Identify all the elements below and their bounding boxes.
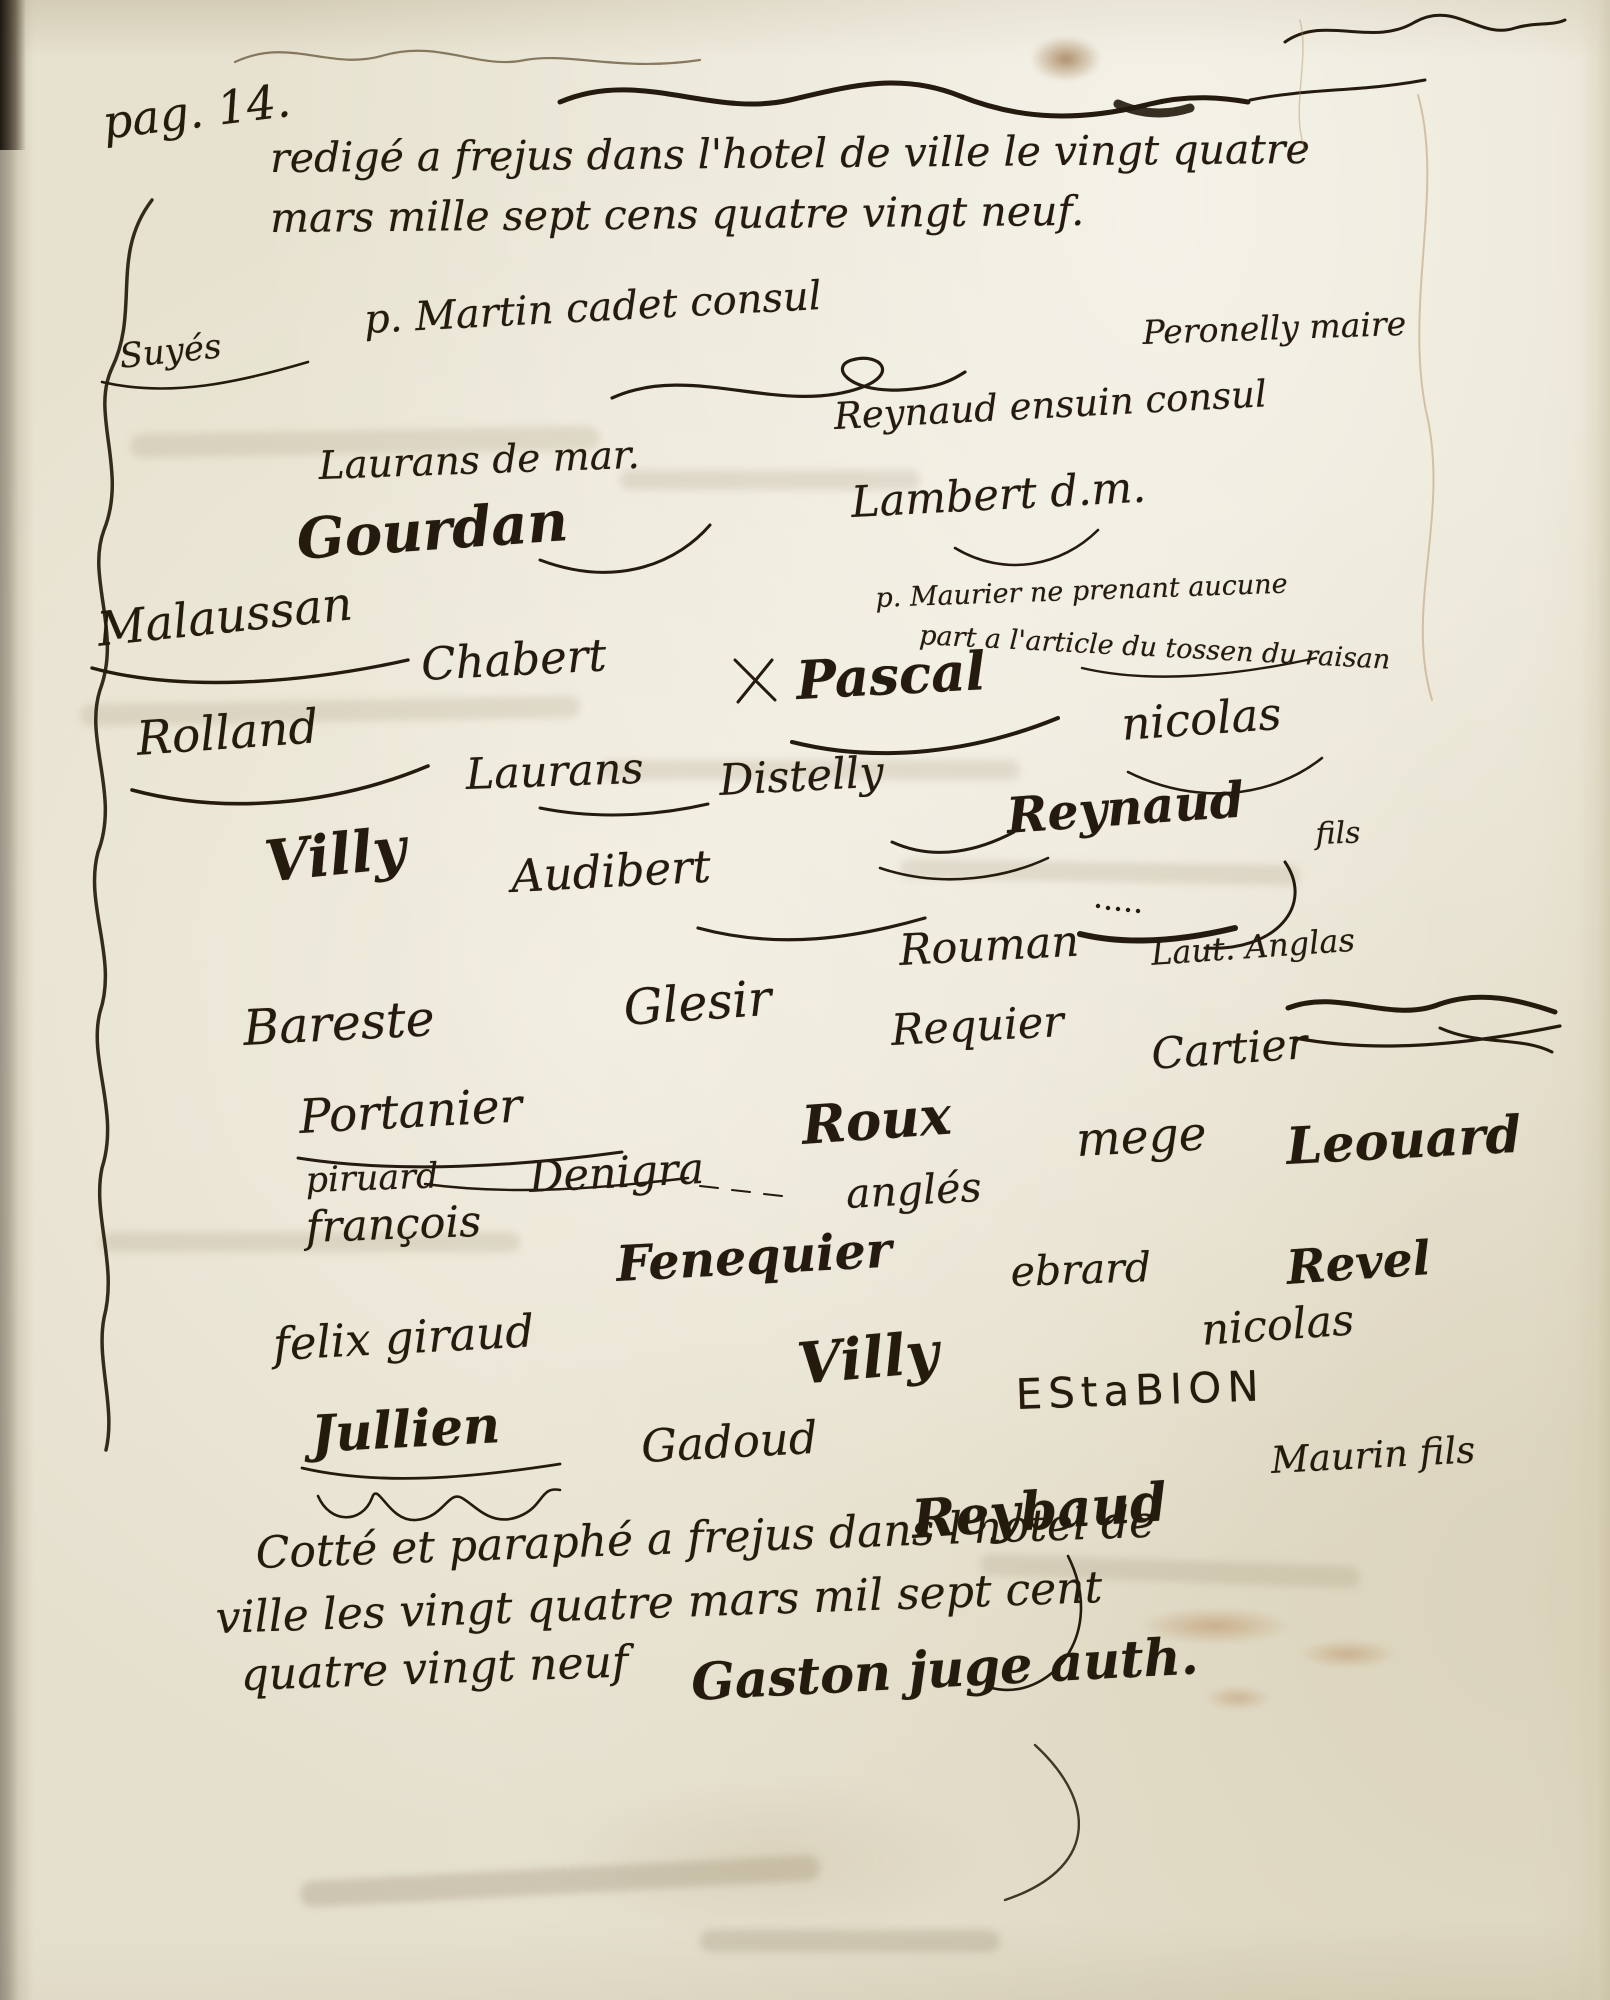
header-line-2: mars mille sept cens quatre vingt neuf. [270,191,1084,239]
paper-crease [1299,20,1433,700]
signature-gadoud: Gadoud [640,1415,819,1469]
signature-audibert: Audibert [510,844,712,899]
signature-pascal: Pascal [795,645,987,708]
signature-chabert: Chabert [420,632,607,687]
signature-glesir: Glesir [622,974,773,1033]
water-stain [560,1780,980,1940]
signature-nicolas-2: nicolas [1200,1299,1356,1353]
signature-malaussan: Malaussan [95,580,355,654]
signature-fenequier: Fenequier [615,1226,893,1289]
signature-laurans-de-mar: Laurans de mar. [318,436,640,486]
ink-blot-stain [1030,36,1102,82]
officials-note-line-1: p. Maurier ne prenant aucune [875,571,1288,612]
signature-ebrard: ebrard [1010,1247,1152,1293]
signature-francois: françois [305,1201,482,1250]
signature-villy-1: Villy [262,819,408,890]
signature-distelly: Distelly [718,751,885,803]
signature-revel: Revel [1285,1235,1432,1292]
signature-reynaud-consul: Reynaud ensuin consul [833,375,1268,435]
signature-requier: Requier [890,1001,1065,1053]
left-margin-brace [95,200,152,1450]
signature-portanier: Portanier [298,1082,523,1141]
signature-laurans: Laurans [465,748,644,797]
signature-bareste: Bareste [242,994,436,1053]
signature-gaston: Gaston juge auth. [690,1631,1200,1708]
book-gutter-shadow [0,0,34,2000]
show-through-mark [900,859,1300,886]
binding-corner-shadow [0,0,26,150]
page-edge-right [1582,0,1610,2000]
signature-angles: anglés [845,1167,982,1215]
signature-martin: p. Martin cadet consul [363,276,822,340]
signature-leouard: Leouard [1285,1110,1522,1173]
signature-roux: Roux [800,1090,953,1153]
signature-denigra: Denigra [528,1148,705,1200]
closing-line-2: ville les vingt quatre mars mil sept cen… [215,1566,1103,1641]
signature-peronelly: Peronelly maire [1142,307,1407,349]
page-number: pag. 14. [100,77,293,146]
signature-rolland: Rolland [135,703,320,763]
signature-mege: mege [1075,1110,1208,1164]
foxing-stain [1300,1640,1395,1668]
signature-lambert: Lambert d.m. [850,467,1147,525]
top-flourish [235,15,1565,116]
signature-maurin-fils: Maurin fils [1270,1431,1476,1479]
closing-line-3: quatre vingt neuf [240,1640,629,1697]
signature-jullien: Jullien [310,1400,501,1461]
signature-reynaud-fils: Reynaud [1005,775,1245,840]
signature-gourdan: Gourdan [295,493,570,568]
signature-villy-2: Villy [795,1324,941,1393]
margin-note: Suyés [118,329,223,373]
officials-note-line-2: part a l'article du tossen du raisan [919,622,1391,674]
header-line-1: redigé a frejus dans l'hotel de ville le… [270,129,1310,179]
signature-anglas: Laut. Anglas [1150,924,1356,970]
signature-nicolas-1: nicolas [1120,691,1283,747]
signature-cartier: Cartier [1150,1023,1309,1077]
signature-felix-giraud: felix giraud [272,1308,535,1367]
signature-piruard: piruard [305,1159,439,1199]
signature-estabion: EStaBION [1015,1365,1265,1416]
signature-reynaud-fils-suffix: fils [1315,818,1361,850]
foxing-stain [1205,1686,1270,1710]
signature-rouman: Rouman [898,921,1080,973]
manuscript-page: { "document": { "page_number": "pag. 14.… [0,0,1610,2000]
